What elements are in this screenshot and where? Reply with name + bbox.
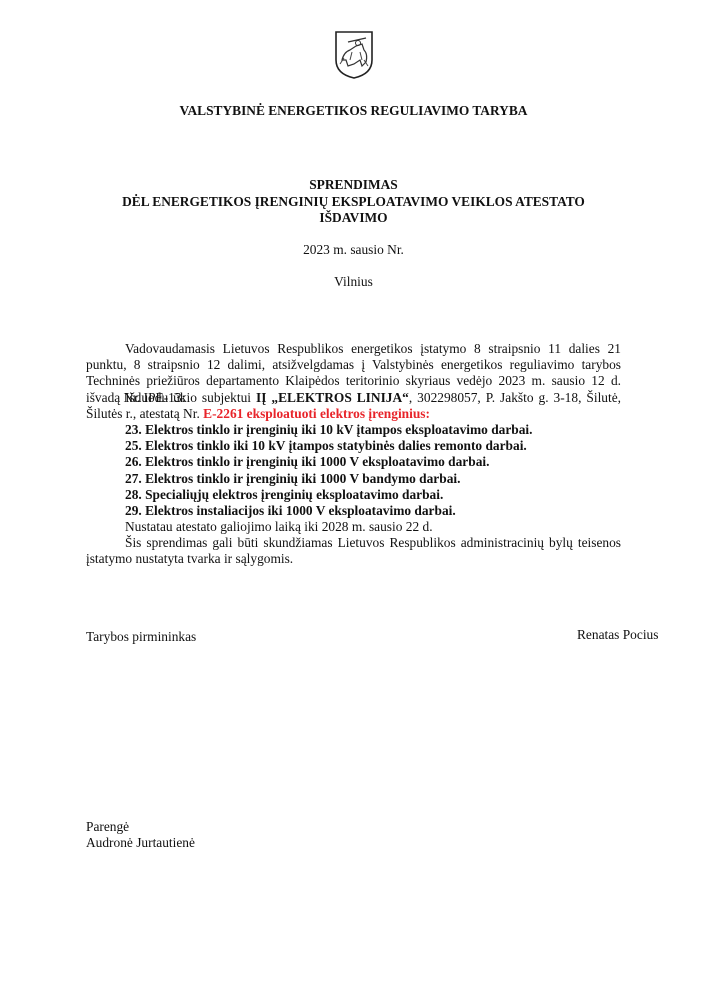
company-name: IĮ „ELEKTROS LINIJA“ xyxy=(256,390,409,405)
certificate-number: E-2261 eksploatuoti elektros įrenginius: xyxy=(203,406,430,421)
list-item: 28. Specialiųjų elektros įrenginių ekspl… xyxy=(125,487,533,503)
list-item: 25. Elektros tinklo iki 10 kV įtampos st… xyxy=(125,438,533,454)
institution-name: VALSTYBINĖ ENERGETIKOS REGULIAVIMO TARYB… xyxy=(0,103,707,119)
signatory-position: Tarybos pirmininkas xyxy=(86,629,196,645)
list-item: 26. Elektros tinklo ir įrenginių iki 100… xyxy=(125,454,533,470)
signatory-name: Renatas Pocius xyxy=(577,627,658,643)
appeal-paragraph: Šis sprendimas gali būti skundžiamas Lie… xyxy=(86,535,621,567)
prepared-by: Parengė Audronė Jurtautienė xyxy=(86,819,195,851)
title-line-2: DĖL ENERGETIKOS ĮRENGINIŲ EKSPLOATAVIMO … xyxy=(0,194,707,211)
prepared-name: Audronė Jurtautienė xyxy=(86,835,195,851)
title-line-3: IŠDAVIMO xyxy=(0,210,707,227)
issue-prefix: Išduodu ūkio subjektui xyxy=(125,390,256,405)
document-title: SPRENDIMAS DĖL ENERGETIKOS ĮRENGINIŲ EKS… xyxy=(0,177,707,227)
work-list: 23. Elektros tinklo ir įrenginių iki 10 … xyxy=(125,422,533,519)
document-date: 2023 m. sausio Nr. xyxy=(0,242,707,258)
issue-paragraph: Išduodu ūkio subjektui IĮ „ELEKTROS LINI… xyxy=(86,390,621,422)
title-line-1: SPRENDIMAS xyxy=(0,177,707,194)
document-place: Vilnius xyxy=(0,274,707,290)
validity-text: Nustatau atestato galiojimo laiką iki 20… xyxy=(125,519,433,535)
coat-of-arms-icon xyxy=(334,30,374,80)
list-item: 27. Elektros tinklo ir įrenginių iki 100… xyxy=(125,471,533,487)
list-item: 23. Elektros tinklo ir įrenginių iki 10 … xyxy=(125,422,533,438)
list-item: 29. Elektros instaliacijos iki 1000 V ek… xyxy=(125,503,533,519)
prepared-label: Parengė xyxy=(86,819,195,835)
